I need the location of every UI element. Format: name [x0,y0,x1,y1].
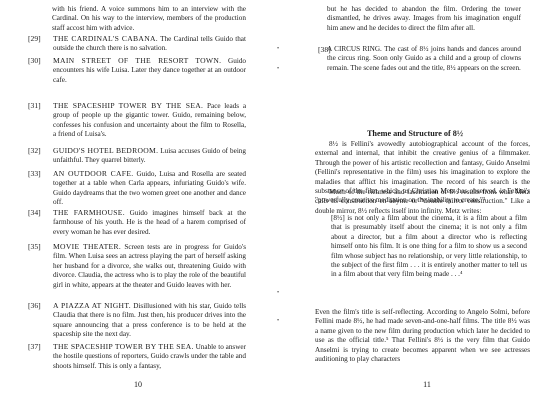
scene-continuation: but he has decided to abandon the film. … [327,5,521,33]
scene-32: [32] GUIDO'S HOTEL BEDROOM. Luisa accuse… [28,146,246,166]
body-paragraph: Even the film's title is self-reflecting… [315,308,530,364]
scene-34: [34] THE FARMHOUSE. Guido imagines himse… [28,208,246,237]
left-page: with his friend. A voice summons him to … [0,0,275,404]
scene-title: MAIN STREET OF THE RESORT TOWN. [53,56,221,65]
right-page: but he has decided to abandon the film. … [275,0,550,404]
block-quote: [8½] is not only a film about the cinema… [331,214,527,280]
scene-title: THE FARMHOUSE. [53,208,125,217]
margin-mark: • [277,66,279,72]
body-paragraph: Much of the richness and fascination of … [315,188,530,216]
scene-title: THE CARDINAL'S CABANA. [53,34,158,43]
page-number: 10 [128,380,148,389]
scene-continuation: with his friend. A voice summons him to … [52,5,246,33]
scene-number: [33] [28,169,52,178]
scene-33: [33] AN OUTDOOR CAFE. Guido, Luisa and R… [28,169,246,208]
page-number: 11 [417,380,437,389]
scene-title: GUIDO'S HOTEL BEDROOM. [53,146,158,155]
scene-title: MOVIE THEATER. [53,242,121,251]
margin-mark: • [277,318,279,324]
margin-mark: • [277,290,279,296]
scene-38: [38] A CIRCUS RING. The cast of 8½ joins… [303,45,521,73]
scene-number: [32] [28,146,52,155]
scene-title: THE SPACESHIP TOWER BY THE SEA. [53,342,194,351]
scene-number: [37] [28,342,52,351]
scene-title: THE SPACESHIP TOWER BY THE SEA. [53,101,203,110]
scene-number: [34] [28,208,52,217]
scene-number: [38] [318,45,331,54]
scene-title: A CIRCUS RING. [327,45,382,53]
scene-number: [30] [28,56,52,65]
scene-number: [35] [28,242,52,251]
scene-number: [31] [28,101,52,110]
scene-title: A PIAZZA AT NIGHT. [53,301,131,310]
scene-number: [29] [28,34,52,43]
scene-title: AN OUTDOOR CAFE. [53,169,133,178]
scene-37: [37] THE SPACESHIP TOWER BY THE SEA. Una… [28,342,246,371]
scene-31: [31] THE SPACESHIP TOWER BY THE SEA. Pac… [28,101,246,140]
scene-29: [29] THE CARDINAL'S CABANA. The Cardinal… [28,34,246,54]
scene-36: [36] A PIAZZA AT NIGHT. Disillusioned wi… [28,301,246,340]
margin-mark: • [277,46,279,52]
scene-30: [30] MAIN STREET OF THE RESORT TOWN. Gui… [28,56,246,85]
scene-35: [35] MOVIE THEATER. Screen tests are in … [28,242,246,290]
section-heading: Theme and Structure of 8½ [315,129,515,138]
scene-number: [36] [28,301,52,310]
